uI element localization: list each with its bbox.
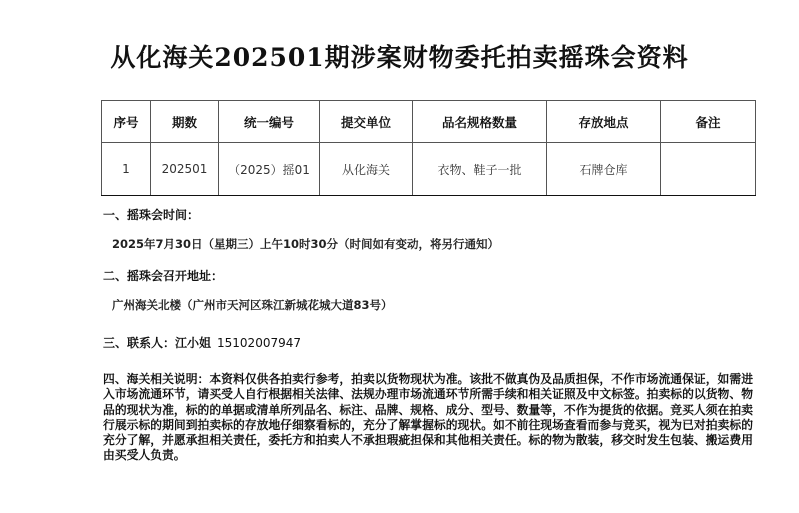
- customs-notes-paragraph: 四、海关相关说明：本资料仅供各拍卖行参考，拍卖以货物现状为准。该批不做真伪及品质…: [103, 372, 753, 464]
- contact-phone: 15102007947: [217, 336, 301, 350]
- cell-submitting-unit: 从化海关: [320, 143, 413, 196]
- cell-period: 202501: [151, 143, 219, 196]
- column-header-item-description: 品名规格数量: [413, 101, 547, 143]
- column-header-index: 序号: [102, 101, 151, 143]
- section-contact: 三、联系人：江小姐15102007947: [103, 334, 301, 351]
- column-header-unified-number: 统一编号: [219, 101, 320, 143]
- cell-unified-number: （2025）摇01: [219, 143, 320, 196]
- column-header-submitting-unit: 提交单位: [320, 101, 413, 143]
- table-header-row: 序号 期数 统一编号 提交单位 品名规格数量 存放地点 备注: [102, 101, 756, 143]
- meeting-address-text: 广州海关北楼（广州市天河区珠江新城花城大道83号）: [112, 297, 393, 313]
- column-header-period: 期数: [151, 101, 219, 143]
- document-title: 从化海关202501期涉案财物委托拍卖摇珠会资料: [0, 38, 799, 74]
- cell-index: 1: [102, 143, 151, 196]
- cell-storage-location: 石牌仓库: [547, 143, 661, 196]
- table-row: 1 202501 （2025）摇01 从化海关 衣物、鞋子一批 石牌仓库: [102, 143, 756, 196]
- items-table: 序号 期数 统一编号 提交单位 品名规格数量 存放地点 备注 1 202501 …: [101, 100, 756, 196]
- contact-heading: 三、联系人：江小姐: [103, 336, 211, 350]
- column-header-remarks: 备注: [661, 101, 756, 143]
- section-heading-time: 一、摇珠会时间：: [103, 206, 199, 223]
- meeting-time-text: 2025年7月30日（星期三）上午10时30分（时间如有变动，将另行通知）: [112, 236, 499, 252]
- section-heading-address: 二、摇珠会召开地址：: [103, 267, 223, 284]
- cell-remarks: [661, 143, 756, 196]
- cell-item-description: 衣物、鞋子一批: [413, 143, 547, 196]
- column-header-storage-location: 存放地点: [547, 101, 661, 143]
